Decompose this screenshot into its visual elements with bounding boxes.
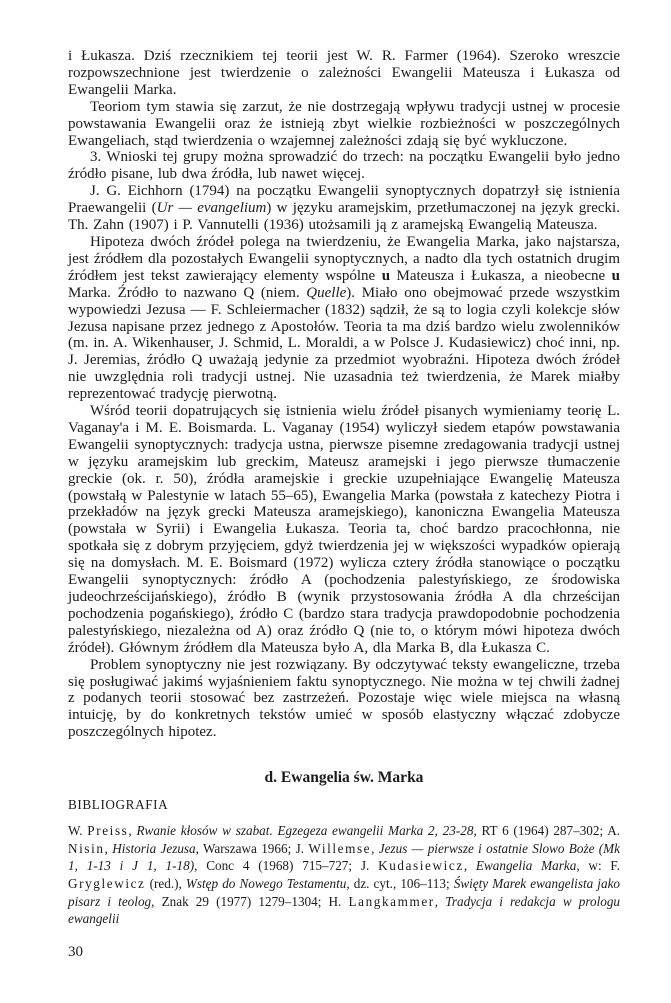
text-segment: Marka. Źródło to nazwano Q (niem. xyxy=(68,285,306,301)
paragraph: Hipoteza dwóch źródeł polega na twierdze… xyxy=(68,234,620,403)
text-segment: Wstęp do Nowego Testamentu xyxy=(186,876,346,891)
text-segment: Langkammer xyxy=(348,894,434,909)
text-segment: , dz. cyt., 106–113; xyxy=(346,876,453,891)
text-segment: Ewangelia Marka xyxy=(476,858,576,873)
paragraph: 3. Wnioski tej grupy można sprowadzić do… xyxy=(68,149,620,183)
paragraph: Problem synoptyczny nie jest rozwiązany.… xyxy=(68,657,620,742)
text-segment: Ur — evangelium xyxy=(157,200,267,216)
bibliography-label: BIBLIOGRAFIA xyxy=(68,797,620,813)
text-segment: ). Miało ono obejmować przede wszystkim … xyxy=(68,285,620,402)
text-segment: , Conc 4 (1968) 715–727; J. xyxy=(194,858,378,873)
text-segment: W. xyxy=(68,823,87,838)
text-segment: i Łukasza. Dziś rzecznikiem tej teorii j… xyxy=(68,48,620,98)
text-segment: 3. Wnioski tej grupy można sprowadzić do… xyxy=(68,149,620,182)
text-segment: , Znak 29 (1977) 1279–1304; H. xyxy=(151,894,348,909)
text-segment: Mateusza i Łukasza, a nieobecne xyxy=(390,268,612,284)
text-segment: Nisin xyxy=(68,841,105,856)
paragraph: J. G. Eichhorn (1794) na początku Ewange… xyxy=(68,183,620,234)
paragraph: i Łukasza. Dziś rzecznikiem tej teorii j… xyxy=(68,48,620,99)
text-segment: Willemse xyxy=(308,841,371,856)
text-segment: Rwanie kłosów w szabat. Egzegeza ewangel… xyxy=(136,823,473,838)
text-segment: , xyxy=(371,841,379,856)
book-page: i Łukasza. Dziś rzecznikiem tej teorii j… xyxy=(0,0,671,1003)
text-segment: Problem synoptyczny nie jest rozwiązany.… xyxy=(68,657,620,741)
text-segment: , Warszawa 1966; J. xyxy=(196,841,309,856)
text-segment: Preiss xyxy=(87,823,128,838)
text-segment: u xyxy=(612,268,620,284)
paragraph: Teoriom tym stawia się zarzut, że nie do… xyxy=(68,99,620,150)
section-heading: d. Ewangelia św. Marka xyxy=(68,769,620,787)
text-segment: (red.), xyxy=(146,876,186,891)
text-segment: , xyxy=(464,858,476,873)
text-segment: Teoriom tym stawia się zarzut, że nie do… xyxy=(68,99,620,149)
text-segment: , w: F. xyxy=(576,858,620,873)
text-segment: , xyxy=(435,894,445,909)
page-number: 30 xyxy=(68,944,620,961)
bibliography-text: W. Preiss, Rwanie kłosów w szabat. Egzeg… xyxy=(68,822,620,928)
paragraph: Wśród teorii dopatrujących się istnienia… xyxy=(68,403,620,657)
body-text: i Łukasza. Dziś rzecznikiem tej teorii j… xyxy=(68,48,620,741)
text-segment: Historia Jezusa xyxy=(112,841,195,856)
text-segment: , RT 6 (1964) 287–302; A. xyxy=(473,823,620,838)
text-segment: u xyxy=(382,268,390,284)
text-segment: Gryglewicz xyxy=(68,876,146,891)
text-segment: Kudasiewicz xyxy=(378,858,464,873)
text-segment: Quelle xyxy=(306,285,346,301)
text-segment: Wśród teorii dopatrujących się istnienia… xyxy=(68,403,620,656)
